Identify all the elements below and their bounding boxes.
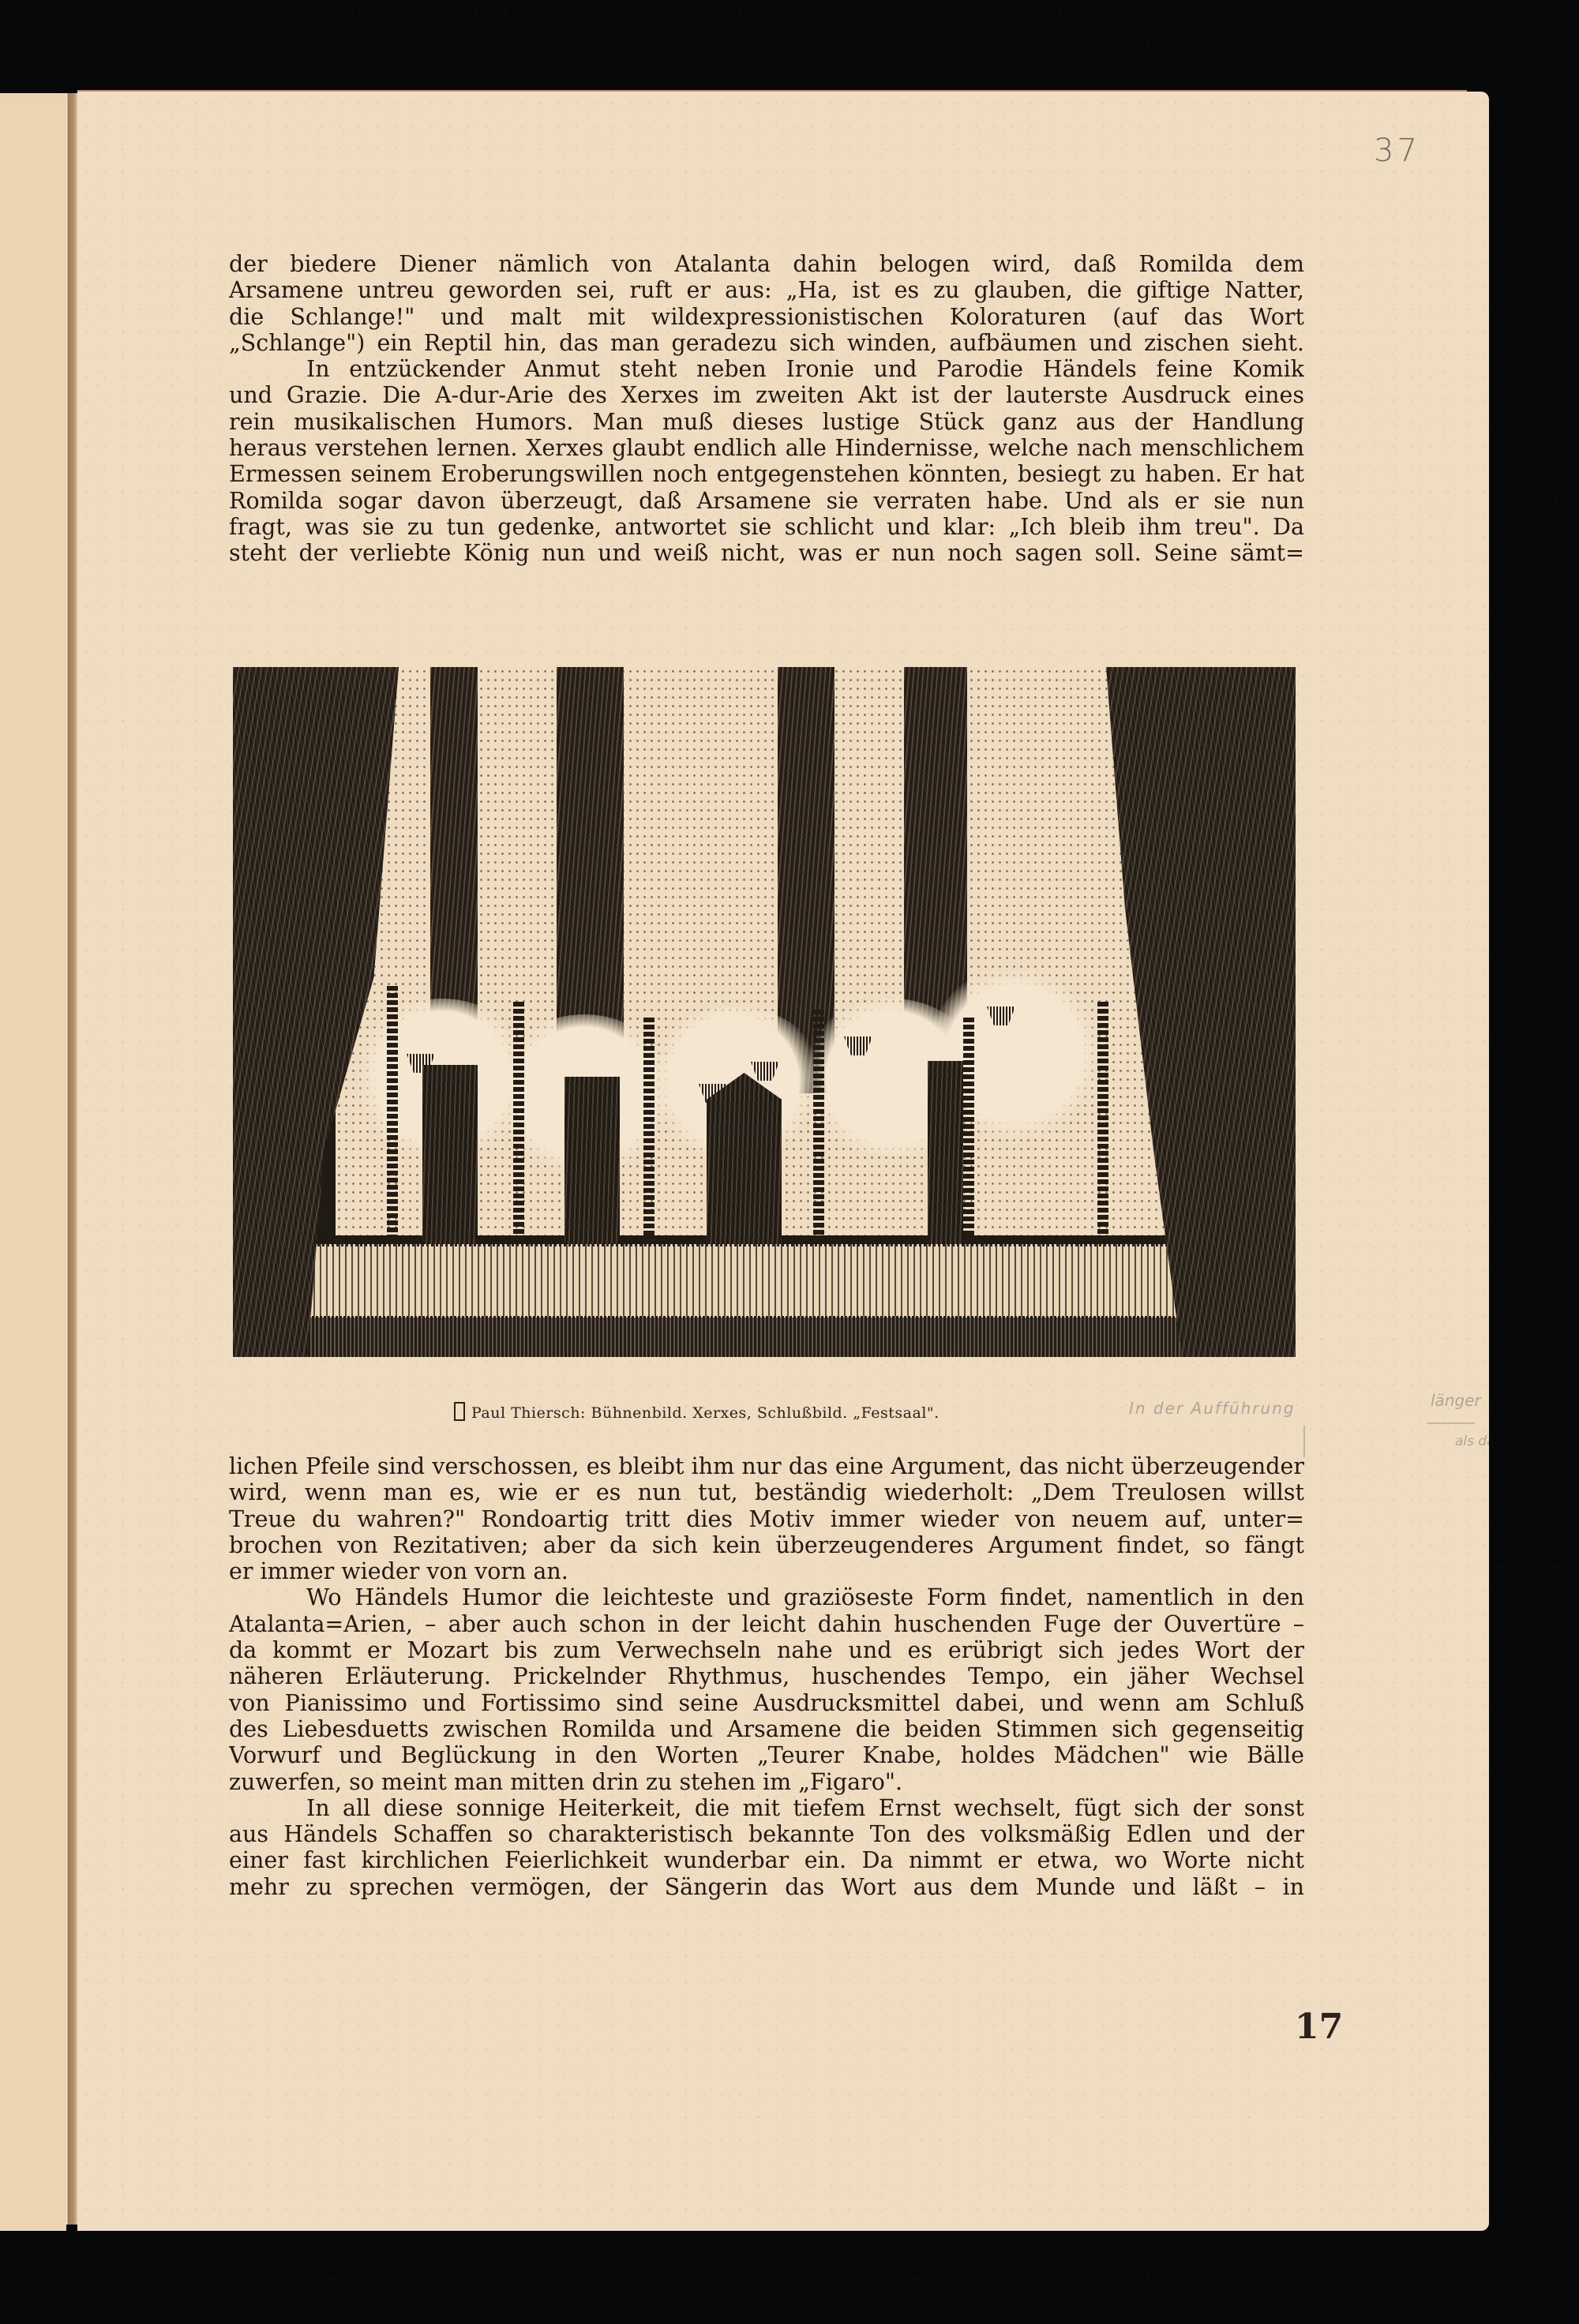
caption-text: Paul Thiersch: Bühnenbild. Xerxes, Schlu… [471,1404,940,1422]
text-line: der biedere Diener nämlich von Atalanta … [229,251,1304,277]
text-line: lichen Pfeile sind verschossen, es bleib… [229,1453,1304,1479]
page-number: 17 [1295,2007,1343,2047]
pencil-margin-note: In der Aufführung [1129,1399,1296,1418]
text-line: aus Händels Schaffen so charakteristisch… [229,1821,1304,1847]
text-line: Ermessen seinem Eroberungswillen noch en… [229,461,1304,487]
candelabra-stand [1097,1002,1108,1254]
text-line: brochen von Rezitativen; aber da sich ke… [229,1532,1304,1558]
text-line: Arsamene untreu geworden sei, ruft er au… [229,277,1304,303]
text-line: fragt, was sie zu tun gedenke, antwortet… [229,514,1304,540]
figure-caption: Paul Thiersch: Bühnenbild. Xerxes, Schlu… [454,1402,940,1422]
text-line: In all diese sonnige Heiterkeit, die mit… [229,1795,1304,1821]
text-line: rein musikalischen Humors. Man muß diese… [229,409,1304,435]
text-line: näheren Erläuterung. Prickelnder Rhythmu… [229,1663,1304,1689]
stage-apron [233,1316,1296,1357]
dark-doorway [422,1065,478,1250]
candelabra-stand [963,1018,974,1254]
text-line: In entzückender Anmut steht neben Ironie… [229,356,1304,382]
pencil-margin-note: länger [1431,1391,1481,1410]
book-spine-gutter [66,93,77,2225]
body-text-bottom: lichen Pfeile sind verschossen, es bleib… [229,1453,1304,1900]
text-line: da kommt er Mozart bis zum Verwechseln n… [229,1637,1304,1663]
caption-marker-icon [454,1402,465,1421]
text-line: Wo Händels Humor die leichteste und graz… [229,1584,1304,1610]
pencil-mark [1303,1426,1305,1457]
dark-doorway [928,1061,963,1250]
text-line: die Schlange!" und malt mit wildexpressi… [229,304,1304,330]
text-line: und Grazie. Die A-dur-Arie des Xerxes im… [229,382,1304,408]
dark-doorway [564,1077,620,1250]
candelabra-stand [643,1018,654,1254]
candelabra-stand [513,1002,524,1254]
text-line: einer fast kirchlichen Feierlichkeit wun… [229,1847,1304,1873]
facing-page-edge [0,93,66,2231]
text-line: steht der verliebte König nun und weiß n… [229,540,1304,566]
pencil-margin-note: als damals [1455,1434,1489,1449]
text-line: Romilda sogar davon überzeugt, daß Arsam… [229,488,1304,514]
text-line: mehr zu sprechen vermögen, der Sängerin … [229,1874,1304,1900]
text-line: des Liebesduetts zwischen Romilda und Ar… [229,1716,1304,1742]
body-text-top: der biedere Diener nämlich von Atalanta … [229,251,1304,567]
pencil-underline [1427,1423,1475,1424]
candelabra-stand [813,1010,824,1254]
book-page: 37 der biedere Diener nämlich von Atalan… [77,92,1489,2231]
handwritten-folio-number: 37 [1374,133,1420,169]
text-line: „Schlange") ein Reptil hin, das man gera… [229,330,1304,356]
text-line: zuwerfen, so meint man mitten drin zu st… [229,1769,1304,1795]
stage-set-illustration [233,667,1296,1357]
text-line: wird, wenn man es, wie er es nun tut, be… [229,1479,1304,1505]
illustration-scene [233,667,1296,1357]
text-line: heraus verstehen lernen. Xerxes glaubt e… [229,435,1304,461]
text-line: Atalanta=Arien, – aber auch schon in der… [229,1611,1304,1637]
candelabra-stand [387,986,398,1254]
text-line: er immer wieder von vorn an. [229,1558,1304,1584]
text-line: von Pianissimo und Fortissimo sind seine… [229,1690,1304,1716]
dark-doorway [707,1073,782,1250]
stage-floor [288,1244,1248,1318]
text-line: Treue du wahren?" Rondoartig tritt dies … [229,1506,1304,1532]
text-line: Vorwurf und Beglückung in den Worten „Te… [229,1742,1304,1768]
